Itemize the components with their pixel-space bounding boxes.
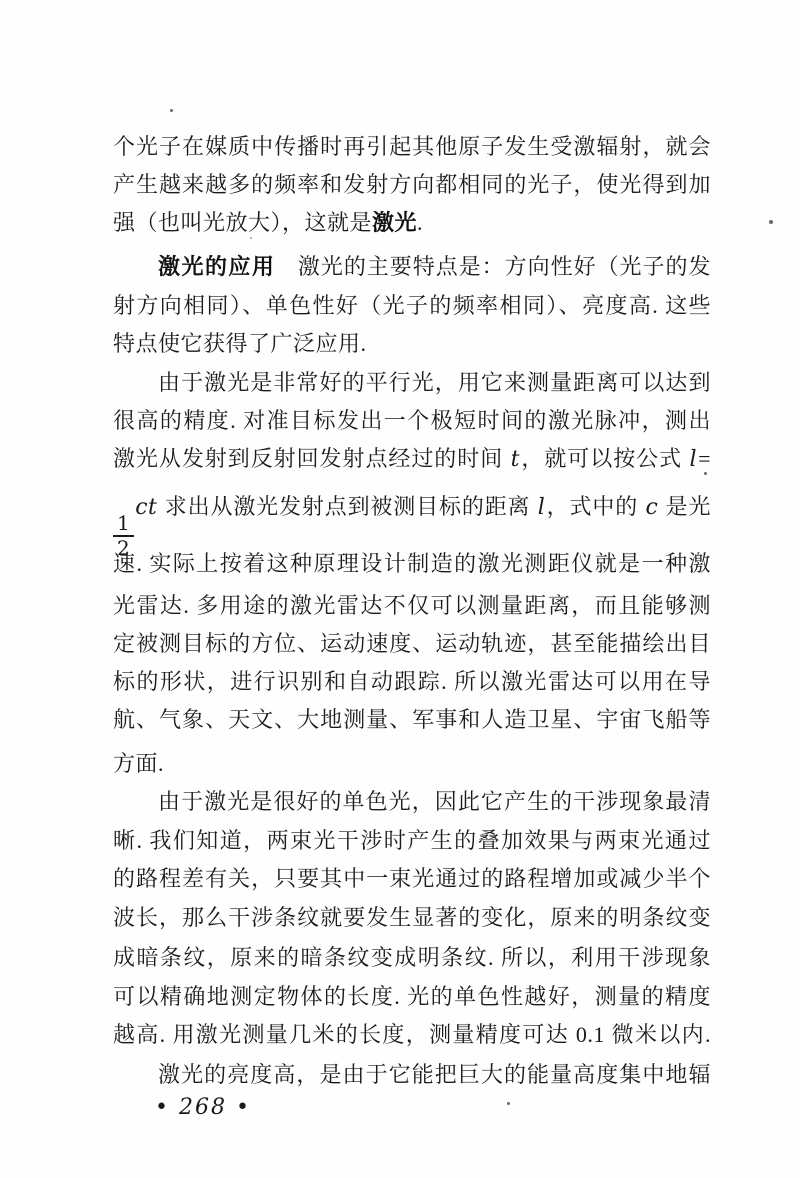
section-heading: 激光的应用 bbox=[158, 254, 275, 279]
line-text: 激光的亮度高，是由于它能把巨大的能量高度集中地辐 bbox=[158, 1062, 711, 1087]
line-text: 越高. 用激光测量几米的长度，测量精度可达 0.1 微米以内. bbox=[113, 1022, 711, 1047]
math-var-c: c bbox=[644, 495, 659, 520]
text-line: 光雷达. 多用途的激光雷达不仅可以测量距离，而且能够测 bbox=[113, 591, 711, 621]
text-line: 波长，那么干涉条纹就要发生显著的变化，原来的明条纹变 bbox=[113, 903, 711, 933]
line-text: 速. 实际上按着这种原理设计制造的激光测距仪就是一种激 bbox=[113, 551, 711, 576]
line-text: 由于激光是很好的单色光，因此它产生的干涉现象最清 bbox=[158, 789, 711, 814]
line-text: 产生越来越多的频率和发射方向都相同的光子，使光得到加 bbox=[113, 172, 711, 197]
line-text: 定被测目标的方位、运动速度、运动轨迹，甚至能描绘出目 bbox=[113, 631, 711, 656]
text-line: 激光的亮度高，是由于它能把巨大的能量高度集中地辐 bbox=[113, 1060, 711, 1090]
line-text: . bbox=[417, 210, 423, 235]
text-line: 成暗条纹，原来的暗条纹变成明条纹. 所以，利用干涉现象 bbox=[113, 943, 711, 973]
scan-speck bbox=[769, 220, 773, 224]
line-text: 航、气象、天文、大地测量、军事和人造卫星、宇宙飞船等 bbox=[113, 707, 711, 732]
text-line: 的路程差有关，只要其中一束光通过的路程增加或减少半个 bbox=[113, 864, 711, 894]
text-line: 航、气象、天文、大地测量、军事和人造卫星、宇宙飞船等 bbox=[113, 705, 711, 735]
scan-speck bbox=[507, 1102, 510, 1105]
math-var-t: t bbox=[510, 447, 521, 472]
text-line: 越高. 用激光测量几米的长度，测量精度可达 0.1 微米以内. bbox=[113, 1020, 711, 1050]
page-number-text: • 268 • bbox=[155, 1095, 251, 1120]
text-line: 方面. bbox=[113, 749, 711, 779]
line-text: 光雷达. 多用途的激光雷达不仅可以测量距离，而且能够测 bbox=[113, 593, 711, 618]
line-text: 由于激光是非常好的平行光，用它来测量距离可以达到 bbox=[158, 370, 711, 395]
math-var-l: l bbox=[537, 495, 547, 520]
scan-speck bbox=[250, 237, 252, 239]
scan-speck bbox=[170, 109, 173, 112]
line-text: ，就可以按公式 bbox=[521, 446, 689, 471]
line-text: 标的形状，进行识别和自动跟踪. 所以激光雷达可以用在导 bbox=[113, 669, 711, 694]
line-text: 是光 bbox=[659, 494, 711, 519]
math-var-ct: ct bbox=[134, 495, 158, 520]
line-text: 个光子在媒质中传播时再引起其他原子发生受激辐射，就会 bbox=[113, 134, 711, 159]
text-line: 射方向相同）、单色性好（光子的频率相同）、亮度高. 这些 bbox=[113, 291, 711, 321]
line-text: 激光从发射到反射回发射点经过的时间 bbox=[113, 446, 510, 471]
text-line: 可以精确地测定物体的长度. 光的单色性越好，测量的精度 bbox=[113, 982, 711, 1012]
line-text: 强（也叫光放大），这就是 bbox=[113, 210, 372, 235]
line-text: 激光的主要特点是：方向性好（光子的发 bbox=[297, 254, 711, 279]
text-line: 定被测目标的方位、运动速度、运动轨迹，甚至能描绘出目 bbox=[113, 629, 711, 659]
text-line: 由于激光是很好的单色光，因此它产生的干涉现象最清 bbox=[113, 787, 711, 817]
line-text: 射方向相同）、单色性好（光子的频率相同）、亮度高. 这些 bbox=[113, 293, 711, 318]
text-line: 激光从发射到反射回发射点经过的时间 t，就可以按公式 l= bbox=[113, 444, 711, 475]
scanned-book-page: 个光子在媒质中传播时再引起其他原子发生受激辐射，就会 产生越来越多的频率和发射方… bbox=[0, 0, 800, 1178]
equals-sign: = bbox=[698, 446, 711, 471]
text-line: 特点使它获得了广泛应用. bbox=[113, 329, 711, 359]
math-var-l: l bbox=[689, 447, 699, 472]
text-line: 个光子在媒质中传播时再引起其他原子发生受激辐射，就会 bbox=[113, 132, 711, 162]
line-text: ，式中的 bbox=[546, 494, 644, 519]
text-line: 标的形状，进行识别和自动跟踪. 所以激光雷达可以用在导 bbox=[113, 667, 711, 697]
fraction-numerator: 1 bbox=[113, 513, 134, 537]
line-text: 波长，那么干涉条纹就要发生显著的变化，原来的明条纹变 bbox=[113, 905, 711, 930]
line-text: 可以精确地测定物体的长度. 光的单色性越好，测量的精度 bbox=[113, 984, 711, 1009]
bold-term-laser: 激光 bbox=[372, 210, 417, 235]
scan-speck bbox=[704, 472, 707, 475]
line-text: 成暗条纹，原来的暗条纹变成明条纹. 所以，利用干涉现象 bbox=[113, 945, 711, 970]
text-line: 强（也叫光放大），这就是激光. bbox=[113, 208, 711, 238]
line-text: 求出从激光发射点到被测目标的距离 bbox=[158, 494, 536, 519]
text-line: 晰. 我们知道，两束光干涉时产生的叠加效果与两束光通过 bbox=[113, 826, 711, 856]
line-text: 晰. 我们知道，两束光干涉时产生的叠加效果与两束光通过 bbox=[113, 828, 711, 853]
text-line: 由于激光是非常好的平行光，用它来测量距离可以达到 bbox=[113, 368, 711, 398]
page-number: • 268 • bbox=[155, 1095, 251, 1120]
line-text: 的路程差有关，只要其中一束光通过的路程增加或减少半个 bbox=[113, 866, 711, 891]
text-line: 速. 实际上按着这种原理设计制造的激光测距仪就是一种激 bbox=[113, 549, 711, 579]
line-text: 方面. bbox=[113, 751, 164, 776]
line-text: 特点使它获得了广泛应用. bbox=[113, 331, 367, 356]
text-line: 激光的应用激光的主要特点是：方向性好（光子的发 bbox=[113, 252, 711, 282]
line-text: 很高的精度. 对准目标发出一个极短时间的激光脉冲，测出 bbox=[113, 408, 711, 433]
text-line: 很高的精度. 对准目标发出一个极短时间的激光脉冲，测出 bbox=[113, 406, 711, 436]
text-line: 产生越来越多的频率和发射方向都相同的光子，使光得到加 bbox=[113, 170, 711, 200]
